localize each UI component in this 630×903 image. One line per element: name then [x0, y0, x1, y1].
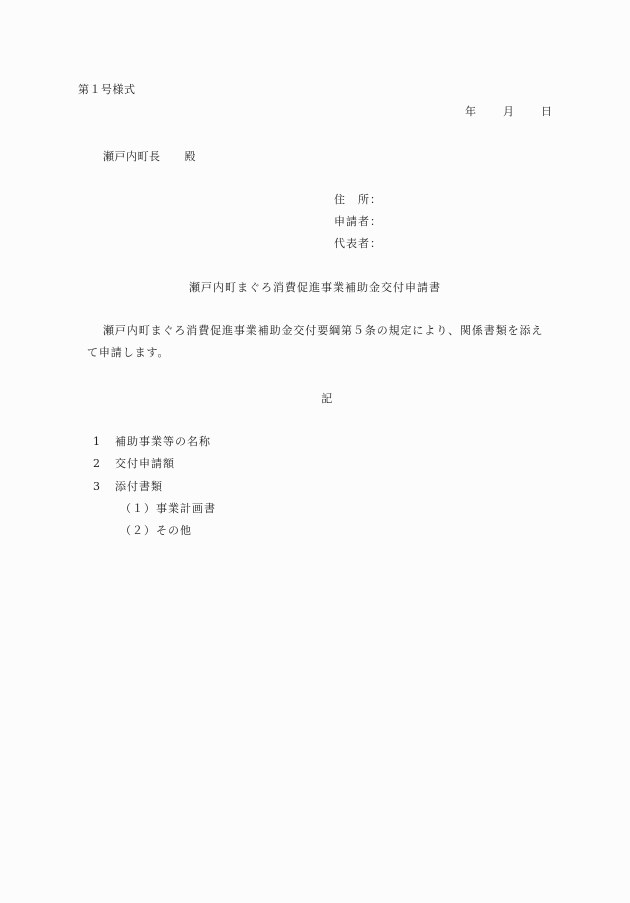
- body-text-line-1: 瀬戸内町まぐろ消費促進事業補助金交付要綱第５条の規定により、関係書類を添え: [103, 325, 543, 336]
- list-item-text: 補助事業等の名称: [115, 435, 211, 448]
- applicant-block: 住 所： 申請者： 代表者：: [334, 194, 382, 260]
- date-line: 年月日: [465, 106, 553, 117]
- form-number: 第１号様式: [78, 84, 136, 95]
- list-item-text: 交付申請額: [115, 457, 175, 470]
- representative-label: 代表者：: [334, 237, 382, 250]
- date-day-label: 日: [541, 106, 553, 117]
- date-month-label: 月: [503, 106, 541, 117]
- ki-heading: 記: [0, 393, 630, 404]
- applicant-address-label: 住 所：: [334, 193, 382, 206]
- list-item-number: 2: [93, 458, 115, 469]
- list-item: 3添付書類: [93, 481, 216, 503]
- sub-list-item: （１）事業計画書: [93, 503, 216, 525]
- addressee-honorific: 殿: [185, 150, 197, 163]
- applicant-name-field: 申請者：: [334, 216, 382, 238]
- list-item: 2交付申請額: [93, 458, 216, 480]
- applicant-address-field: 住 所：: [334, 194, 382, 216]
- list-item: 1補助事業等の名称: [93, 436, 216, 458]
- applicant-name-label: 申請者：: [334, 215, 382, 228]
- date-year-label: 年: [465, 106, 503, 117]
- body-text-line-2: て申請します。: [87, 347, 169, 358]
- sub-list-item: （２）その他: [93, 525, 216, 547]
- representative-field: 代表者：: [334, 238, 382, 260]
- list-item-text: 添付書類: [115, 480, 163, 493]
- document-title: 瀬戸内町まぐろ消費促進事業補助金交付申請書: [0, 282, 630, 293]
- addressee-name: 瀬戸内町長: [103, 150, 161, 163]
- sub-list-item-text: （１）事業計画書: [120, 502, 216, 515]
- item-list: 1補助事業等の名称 2交付申請額 3添付書類 （１）事業計画書 （２）その他: [93, 436, 216, 547]
- list-item-number: 1: [93, 436, 115, 447]
- sub-list-item-text: （２）その他: [120, 524, 192, 537]
- list-item-number: 3: [93, 481, 115, 492]
- addressee: 瀬戸内町長殿: [103, 151, 196, 162]
